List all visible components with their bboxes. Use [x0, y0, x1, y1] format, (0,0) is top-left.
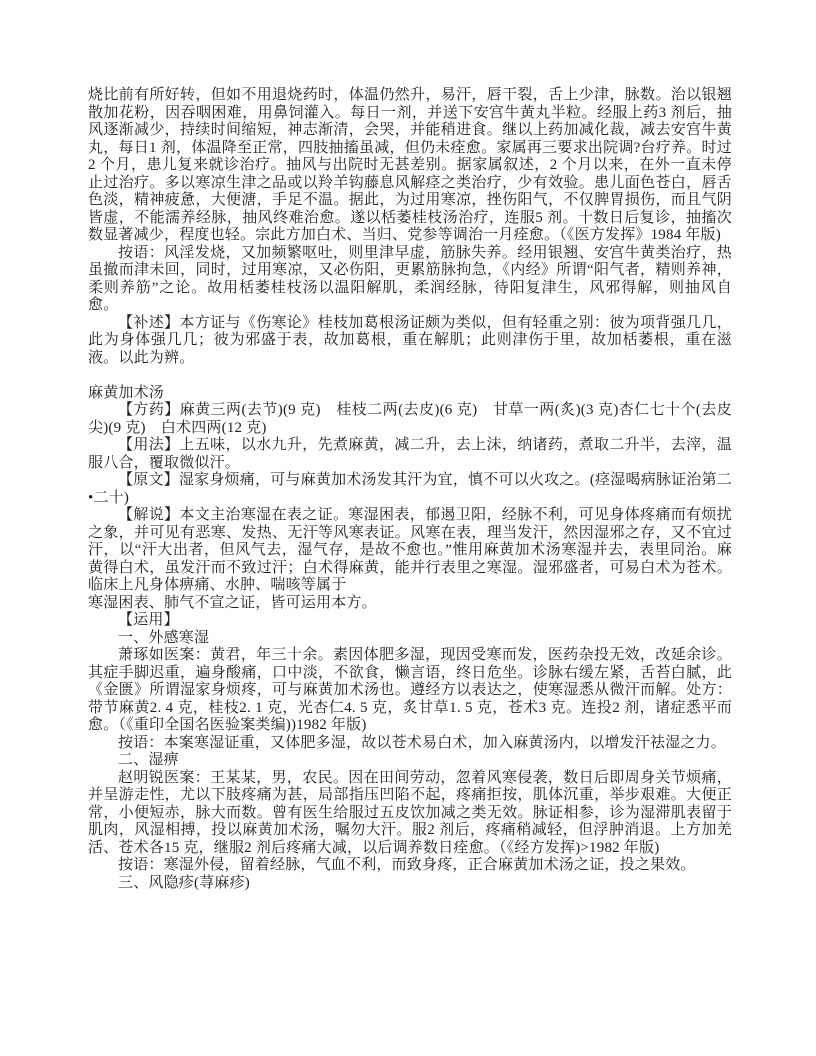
case-continuation-paragraph: 烧比前有所好转，但如不用退烧药时，体温仍然升，易汗，唇干裂，舌上少津，脉数。治以…	[88, 87, 732, 245]
case-1-note-paragraph: 按语：本案寒湿证重，又体肥多湿，故以苍术易白术，加入麻黄汤内，以增发汗祛湿之力。	[88, 735, 732, 753]
usage-paragraph: 【用法】上五味，以水九升，先煮麻黄，减二升，去上沫，纳诸药，煮取二升半，去滓，温…	[88, 437, 732, 472]
case-2-paragraph: 赵明锐医案：王某某，男，农民。因在田间劳动，忽着风寒侵袭，数日后即周身关节烦痛，…	[88, 770, 732, 858]
application-heading: 【运用】	[88, 612, 732, 630]
application-item-1-heading: 一、外感寒湿	[88, 630, 732, 648]
blank-line	[88, 367, 732, 385]
supplement-paragraph: 【补述】本方证与《伤寒论》桂枝加葛根汤证颇为类似，但有轻重之别：彼为项背强几几，…	[88, 315, 732, 368]
document-body: 烧比前有所好转，但如不用退烧药时，体温仍然升，易汗，唇干裂，舌上少津，脉数。治以…	[88, 87, 732, 892]
formula-title: 麻黄加术汤	[88, 385, 732, 403]
document-page: 烧比前有所好转，但如不用退烧药时，体温仍然升，易汗，唇干裂，舌上少津，脉数。治以…	[0, 0, 816, 1056]
note-paragraph: 按语：风淫发烧，又加频繁呕吐，则里津早虚，筋脉失养。经用银翘、安宫牛黄类治疗，热…	[88, 245, 732, 315]
case-1-paragraph: 萧琢如医案：黄君，年三十余。素因体肥多湿，现因受寒而发，医药杂投无效，改延余诊。…	[88, 647, 732, 735]
application-item-3-heading: 三、风隐疹(荨麻疹)	[88, 875, 732, 893]
source-text-paragraph: 【原文】湿家身烦痛，可与麻黄加术汤发其汗为宜，慎不可以火攻之。(痉湿喝病脉证治第…	[88, 472, 732, 507]
case-2-note-paragraph: 按语：寒湿外侵，留着经脉，气血不利，而致身疼，正合麻黄加术汤之证，投之果效。	[88, 857, 732, 875]
ingredients-paragraph: 【方药】麻黄三两(去节)(9 克) 桂枝二两(去皮)(6 克) 甘草一两(炙)(…	[88, 402, 732, 437]
commentary-paragraph: 【解说】本文主治寒湿在表之证。寒湿困表，郁遏卫阳，经脉不利，可见身体疼痛而有烦扰…	[88, 507, 732, 595]
application-item-2-heading: 二、湿痹	[88, 752, 732, 770]
commentary-continuation-line: 寒湿困表、肺气不宣之证，皆可运用本方。	[88, 595, 732, 613]
